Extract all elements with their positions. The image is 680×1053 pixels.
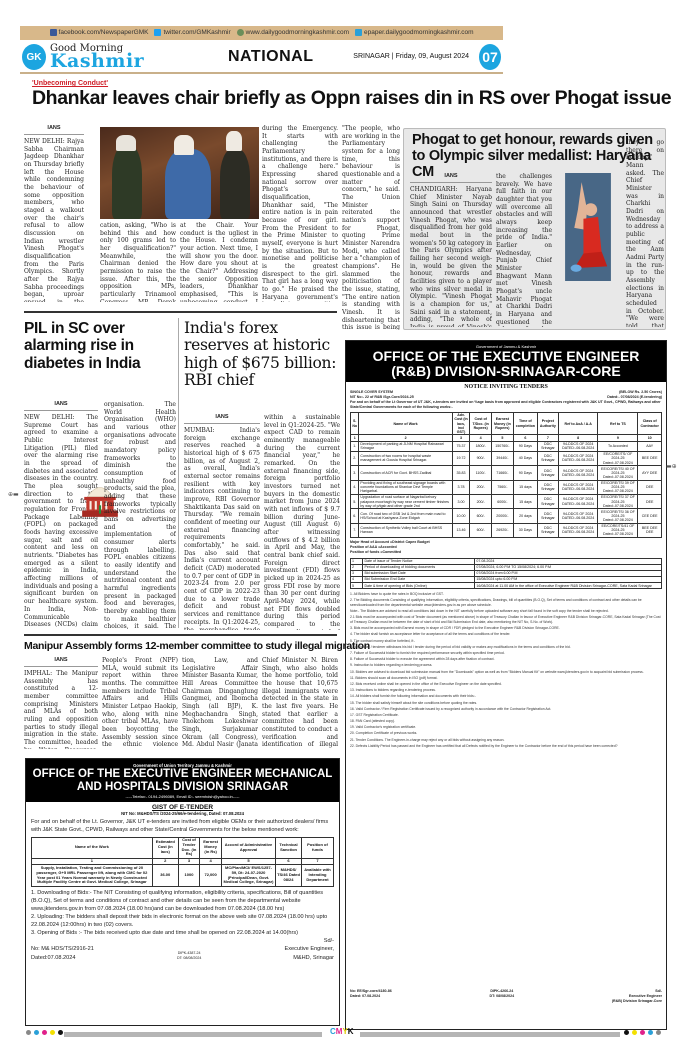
table-cell: Providing and fixing of southeast signag… [359,480,452,494]
table-cell: DDC Srinagar [537,441,558,451]
condition-item: 14. All bidders shall furnish the follow… [350,694,662,699]
mh-condition-2: 2. Uploading: The bidders shall deposit … [31,913,334,929]
crop-mark-right: ▬⊕ [666,463,677,470]
table-cell: 94-DDCS OF 2024 DATED:-06.08.2024 [558,480,598,494]
condition-item: 3. Bids must be accompanied with Earnest… [350,626,662,631]
table-cell: 600/- [470,523,492,537]
rb-works-table: S. No Name of Work Adv. Cost (in lacs, i… [350,412,662,538]
table-cell: 94-DDCS OF 2024 DATED:-06.08.2024 [558,451,598,465]
th-name: Name of the Work [32,837,153,858]
table-cell: 13.46 [452,523,470,537]
condition-item: 5. The contract money shall be forfeited… [350,639,662,644]
table-cell: 6. [351,509,359,523]
lead-column-2: cation, asking, "Who is behind this and … [100,222,176,302]
mh-condition-3: 3. Opening of Bids :- The bids received … [31,929,334,937]
twitter-link[interactable]: twitter.com/GMKashmir [154,29,230,36]
condition-item: 21. Tender Conditions. The Engineer-in-c… [350,738,662,743]
condition-item: 9. Instruction to bidders regarding e-te… [350,663,662,668]
print-dot [34,1030,39,1035]
phogat-column-2: the challenges bravely. We have full fai… [496,173,552,327]
rb-ref-dated: Dated: 07.08.2024 [350,994,392,999]
print-dot [624,1030,629,1035]
condition-item: 2.1 Bids must be accompanied with cost o… [350,615,662,624]
table-cell: 7560/- [491,480,513,494]
manipur-body-1: IMPHAL: The Manipur Assembly has constit… [24,670,98,749]
print-dot [26,1030,31,1035]
condition-item: 10. Bidders are advised to download bid … [350,670,662,675]
phogat-column-1: IANS CHANDIGARH: Haryana Chief Minister … [410,173,492,327]
manipur-column-4: Chief Minister N. Biren Singh, who also … [262,657,338,749]
table-cell: BEE DEE DEE [638,523,662,537]
table-header-row: S. No Name of Work Adv. Cost (in lacs, i… [351,412,662,435]
epaper-icon [355,29,362,36]
table-cell: 75.37 [452,441,470,451]
table-cell: EE/CORE/TS/ 37 OF 2024-25 Dated:-07.08.2… [598,494,638,508]
rb-dipk-date: DT: 08/08/2024 [490,994,515,999]
rb-tender-advertisement: Government of Jammu & Kashmir OFFICE OF … [345,340,667,1030]
phogat-story-box: Phogat to get honour, rewards given to O… [403,128,666,330]
mh-contact: -----Telefax:- 0194-2496089, Email ID:- … [28,794,337,799]
col-num: 2 [152,858,178,865]
col-num: 6 [276,858,302,865]
th-ts: Technical Sanction [276,837,302,858]
mh-works-table: Name of the Work Estimated Cost (in lacs… [31,837,334,887]
table-cell: 20 days [513,509,537,523]
pil-column-2: organisation. The World Health Organisat… [104,401,176,629]
twitter-icon [154,29,161,36]
col-num: 7 [301,858,333,865]
table-row: 6.Con. Of road two of GSB 1st & 2nd from… [351,509,662,523]
table-number-row: 1234567 [32,858,334,865]
table-cell: BEE DEE [638,451,662,465]
condition-item: 16. Valid Contractor / Firm Registration… [350,707,662,712]
print-dot [632,1030,637,1035]
mh-signoff: Executive Engineer, [285,945,334,953]
table-cell: EE/CORE/TS/ 40 OF 2024-25 Dated:-07.08.2… [598,466,638,480]
lead-kicker: 'Unbecoming Conduct' [32,80,108,87]
table-cell: 71660/- [491,466,513,480]
rb-conditions: 1. All Bidders have to quote the rates i… [350,592,662,987]
table-cell: 40 Days [513,451,537,465]
table-cell: 94-DDCS OF 2024 DATED:-06.08.2024 [558,494,598,508]
table-cell: Construction of two rooms for hospital w… [359,451,452,465]
condition-item: 8. Failure of Successful bidder to execu… [350,657,662,662]
condition-item: 15. The bidder shall satisfy himself abo… [350,701,662,706]
lead-column-4: during the Emergency. It starts with cha… [262,125,338,302]
th-tdoc: Cost of Tender Doc. (in Rs) [178,837,200,858]
rb-title-line2: (R&B) DIVISION-SRINAGAR-CORE [348,364,664,379]
table-cell: 7. [351,523,359,537]
table-cell: 150760/- [491,441,513,451]
forex-column-1: IANS MUMBAI: India's foreign exchange re… [184,414,260,630]
page-number: 07 [479,44,501,70]
cell-ts: M&HDS/ TS/46 Dated 08/24 [276,865,302,886]
condition-item: 11. Bidders should scan all documents in… [350,676,662,681]
table-row: 4.Providing and fixing of southeast sign… [351,480,662,494]
schedule-cell: 16/08/2024 at 11.00 AM in the office of … [475,583,662,589]
table-cell: 1800/- [470,441,492,451]
facebook-link[interactable]: facebook.com/NewspaperGMK [50,29,149,36]
table-cell: 5. [351,494,359,508]
th-tdoc: Cost of T/Doc. (in Rupees) [470,412,492,435]
table-cell: 35.83 [452,466,470,480]
table-cell: 1. [351,441,359,451]
condition-item: Note:- The Bidders are advised to read a… [350,609,662,614]
forex-body-1: MUMBAI: India's foreign exchange reserve… [184,427,260,630]
th-ts: Ref to TS [598,412,638,435]
th-funds: Position of funds [301,837,333,858]
section-divider [24,311,337,313]
table-cell: 200/- [470,480,492,494]
th-aoa: Ref to AoA / A.A [558,412,598,435]
mh-signoff: M&HD, Srinagar [285,954,334,962]
rb-footnote: Position of funds =Committed [350,550,662,555]
mh-ref-no: No: M& HDS/TS/2916-21 [31,945,94,953]
table-cell: DDC Srinagar [537,509,558,523]
table-cell: DEE [638,494,662,508]
table-cell: DEE [638,480,662,494]
mh-intro: For and on behalf of the Lt. Governor, J… [31,818,334,834]
forex-column-2: within a sustainable level in Q1:2024-25… [264,414,340,630]
table-cell: Con. Of road two of GSB 1st & 2nd from m… [359,509,452,523]
rajya-sabha-photo [100,127,259,219]
print-dot [648,1030,653,1035]
schedule-cell: 5 [351,583,363,589]
phogat-column-3: they go there on holiday," Mann asked. T… [626,139,664,327]
table-cell: 90 Days [513,466,537,480]
th-emd: Earnest Money (in Rupees) [491,412,513,435]
condition-item: 13. Instructions to bidders regarding e-… [350,688,662,693]
rb-ad-header: Government of Jammu & Kashmir OFFICE OF … [346,341,666,382]
table-cell: DDC Srinagar [537,451,558,465]
rb-signoff: (R&B) Division Srinagar-Core [612,999,662,1004]
condition-item: 6. Any bidder / tenderer withdraws his b… [350,645,662,650]
cell-funds: Available with Intending Department [301,865,333,886]
table-cell: 30 Days [513,523,537,537]
manipur-byline: IANS [24,657,98,667]
table-cell: 900/- [470,451,492,465]
th-authority: Project Authority [537,412,558,435]
website-link[interactable]: www.dailygoodmorningkashmir.com [237,29,349,36]
table-cell: 2. [351,451,359,465]
cmyk-label: CMYK [330,1027,354,1036]
print-dot [42,1030,47,1035]
th-aa: Accord of Administrative Approval [221,837,275,858]
manipur-column-2: People's Front (NPF) MLA, would submit i… [102,657,178,749]
th-time: Time of completion [513,412,537,435]
table-cell: DDC Srinagar [537,480,558,494]
cell-emd: 72,000 [200,865,222,886]
mh-dipk-date: DT: 08/08/2024 [177,956,201,961]
table-cell: DDC Srinagar [537,466,558,480]
condition-item: 4. The bidder shall furnish an acceptanc… [350,632,662,637]
cell-name: Supply, Installation, Testing and Commis… [32,865,153,886]
table-cell: 94-DDCS OF 2024 DATED:-06.08.2024 [558,523,598,537]
th-cost: Estimated Cost (in lacs) [152,837,178,858]
condition-item: 22. Defects Liability Period has passed … [350,744,662,749]
dateline: SRINAGAR | Friday, 09, August 2024 [353,53,469,60]
table-cell: 1100/- [470,466,492,480]
th-name: Name of Work [359,412,452,435]
table-row: 1.Development of parking at JLNM Hospita… [351,441,662,451]
masthead: GK Good Morning Kashmir NATIONAL SRINAGA… [20,40,503,74]
condition-item: 7. Failure of Successful bidder to furni… [350,651,662,656]
wrestler-photo [552,173,624,281]
condition-item: 20. Completion Certificate of previous w… [350,731,662,736]
cell-aa: MC/Plan/MCI/ EWS/1257-59, Dt: 24-07-2020… [221,865,275,886]
print-dot [50,1030,55,1035]
color-registration-dots-left [26,1030,63,1035]
mh-ad-header: Government of Union Territory Jammu & Ka… [26,759,339,802]
cell-cost: 36.00 [152,865,178,886]
condition-item: 17. GST Registration Certificate. [350,713,662,718]
lead-column-3: at the Chair. Your conduct is the uglies… [180,222,258,302]
table-cell: 19.72 [452,451,470,465]
col-num: 4 [200,858,222,865]
pil-headline[interactable]: PIL in SC over alarming rise in diabetes… [24,320,174,372]
table-cell: Upgradation of road surface at Nagarbal … [359,494,452,508]
crop-mark-left: ⊕▬ [8,491,19,498]
table-cell: 6000/- [491,494,513,508]
table-cell: 90 Days [513,441,537,451]
logo-line2: Kashmir [50,52,144,71]
rb-title-line1: OFFICE OF THE EXECUTIVE ENGINEER [348,349,664,364]
lead-byline: IANS [24,125,84,135]
table-cell: EE/CORE/TS/ 39 OF 2024-25 Dated:-07.08.2… [598,480,638,494]
schedule-cell: Date & time of opening of Bids (Online) [363,583,475,589]
mh-signoff: Sd/- [285,937,334,945]
forex-byline: IANS [184,414,260,424]
table-cell: 15 days [513,480,537,494]
table-cell: 94-DDCS OF 2024 DATED:-06.08.2024 [558,466,598,480]
table-cell: 94-DDCS OF 2024 DATED:-06.08.2024 [558,441,598,451]
mh-condition-1: 1. Downloading of Bids:- The NIT Consist… [31,889,334,913]
pil-byline: IANS [24,401,98,411]
table-cell: 20000/- [491,509,513,523]
social-links-bar: facebook.com/NewspaperGMK twitter.com/GM… [20,26,503,40]
table-row: 2.Construction of two rooms for hospital… [351,451,662,465]
table-cell: EE/CORE/TS/ 36 OF 2024-25 Dated:-07.08.2… [598,509,638,523]
table-cell: Construction of ACR for Govt. BHSS Zadib… [359,466,452,480]
globe-icon [237,29,244,36]
column-divider [178,318,179,628]
col-num: 1 [32,858,153,865]
pil-body-1: NEW DELHI: The Supreme Court has agreed … [24,414,98,629]
phogat-byline: IANS [410,173,492,183]
condition-item: 12. Bids received online shall be opened… [350,682,662,687]
manipur-column-3: tion, Law, and Legislative Affair Minist… [182,657,258,749]
lead-column-5: "The people, who are working in the Parl… [342,125,400,330]
table-cell: EE/CORE/TS/ OF 2024-25 Dated:-07.08.2024 [598,451,638,465]
section-divider-2 [24,634,337,636]
table-row: 3.Construction of ACR for Govt. BHSS Zad… [351,466,662,480]
table-cell: 3.78 [452,480,470,494]
manipur-headline[interactable]: Manipur Assembly forms 12-member committ… [24,641,344,653]
table-cell: To Accorded [598,441,638,451]
rb-schedule-table: 1Date of issue of Tender Notice07.08.202… [350,558,662,590]
table-cell: 39440/- [491,451,513,465]
facebook-icon [50,29,57,36]
registration-bar-left [64,1032,322,1037]
schedule-row: 5Date & time of opening of Bids (Online)… [351,583,662,589]
section-title: NATIONAL [228,48,313,66]
condition-item: 18. PAN Card (attested copy). [350,719,662,724]
mh-tender-advertisement: Government of Union Territory Jammu & Ka… [25,758,340,1026]
th-class: Class of Contractor [638,412,662,435]
table-cell: DDC Srinagar [537,494,558,508]
table-row: 5.Upgradation of road surface at Nagarba… [351,494,662,508]
print-dot [640,1030,645,1035]
print-dot [58,1030,63,1035]
col-num: 5 [221,858,275,865]
condition-item: 19. Valid Contractor's registration cert… [350,725,662,730]
mh-title-line1: OFFICE OF THE EXECUTIVE ENGINEER MECHANI… [28,768,337,781]
condition-item: 1. All Bidders have to quote the rates i… [350,592,662,597]
lead-column-1: IANS NEW DELHI: Rajya Sabha Chairman Jag… [24,125,84,302]
table-cell: Development of parking at JLNM Hospital … [359,441,452,451]
th-emd: Earnest Money (in Rs) [200,837,222,858]
table-cell: AYY DEE [638,466,662,480]
phogat-body-1: CHANDIGARH: Haryana Chief Minister Nayab… [410,186,492,327]
manipur-column-1: IANS IMPHAL: The Manipur Assembly has co… [24,657,98,749]
table-cell: EE/CORE/TS/41 OF 2024-25 Dated:-07.08.20… [598,523,638,537]
table-cell: Construction of Synthetic Volley ball Co… [359,523,452,537]
table-cell: 600/- [470,509,492,523]
table-cell: AAY [638,441,662,451]
print-dot [656,1030,661,1035]
mh-ref-dated: Dated:07.08.2024 [31,954,94,962]
mh-gist-title: GIST OF E-TENDER [31,804,334,811]
table-cell: DDC Srinagar [537,523,558,537]
table-cell: CEE DEE [638,509,662,523]
col-num: 3 [178,858,200,865]
cell-tdoc: 1000 [178,865,200,886]
table-header-row: Name of the Work Estimated Cost (in lacs… [32,837,334,858]
table-cell: 3. [351,466,359,480]
forex-headline[interactable]: India's forex reserves at historic high … [184,320,344,389]
table-row: Supply, Installation, Testing and Commis… [32,865,334,886]
lead-headline[interactable]: Dhankar leaves chair briefly as Oppn rai… [32,88,671,109]
table-cell: 200/- [470,494,492,508]
condition-item: 2. The Bidding documents Consisting of q… [350,598,662,607]
th-cost: Adv. Cost (in lacs, incl GST) [452,412,470,435]
logo-mark[interactable]: GK [22,44,46,70]
table-cell: 4. [351,480,359,494]
table-row: 7.Construction of Synthetic Volley ball … [351,523,662,537]
lead-body-1: NEW DELHI: Rajya Sabha Chairman Jagdeep … [24,138,84,302]
table-cell: 15 days [513,494,537,508]
table-cell: 10.00 [452,509,470,523]
table-cell: 94-DDCS OF 2024 DATED:-06.08.2024 [558,509,598,523]
th-sno: S. No [351,412,359,435]
table-cell: 26920/- [491,523,513,537]
epaper-link[interactable]: epaper.dailygoodmorningkashmir.com [355,29,473,36]
registration-bar-right [360,1032,620,1037]
table-cell: 3.00 [452,494,470,508]
color-registration-dots-right [624,1030,661,1035]
mh-nit: NIT No: M&HDS/TS /2024-25/66/e-tendering… [31,811,334,816]
rb-intro: For and on behalf of the Lt Governor of … [350,400,662,410]
mh-title-line2: AND HOSPITALS DIVISION SRINAGAR [28,781,337,794]
